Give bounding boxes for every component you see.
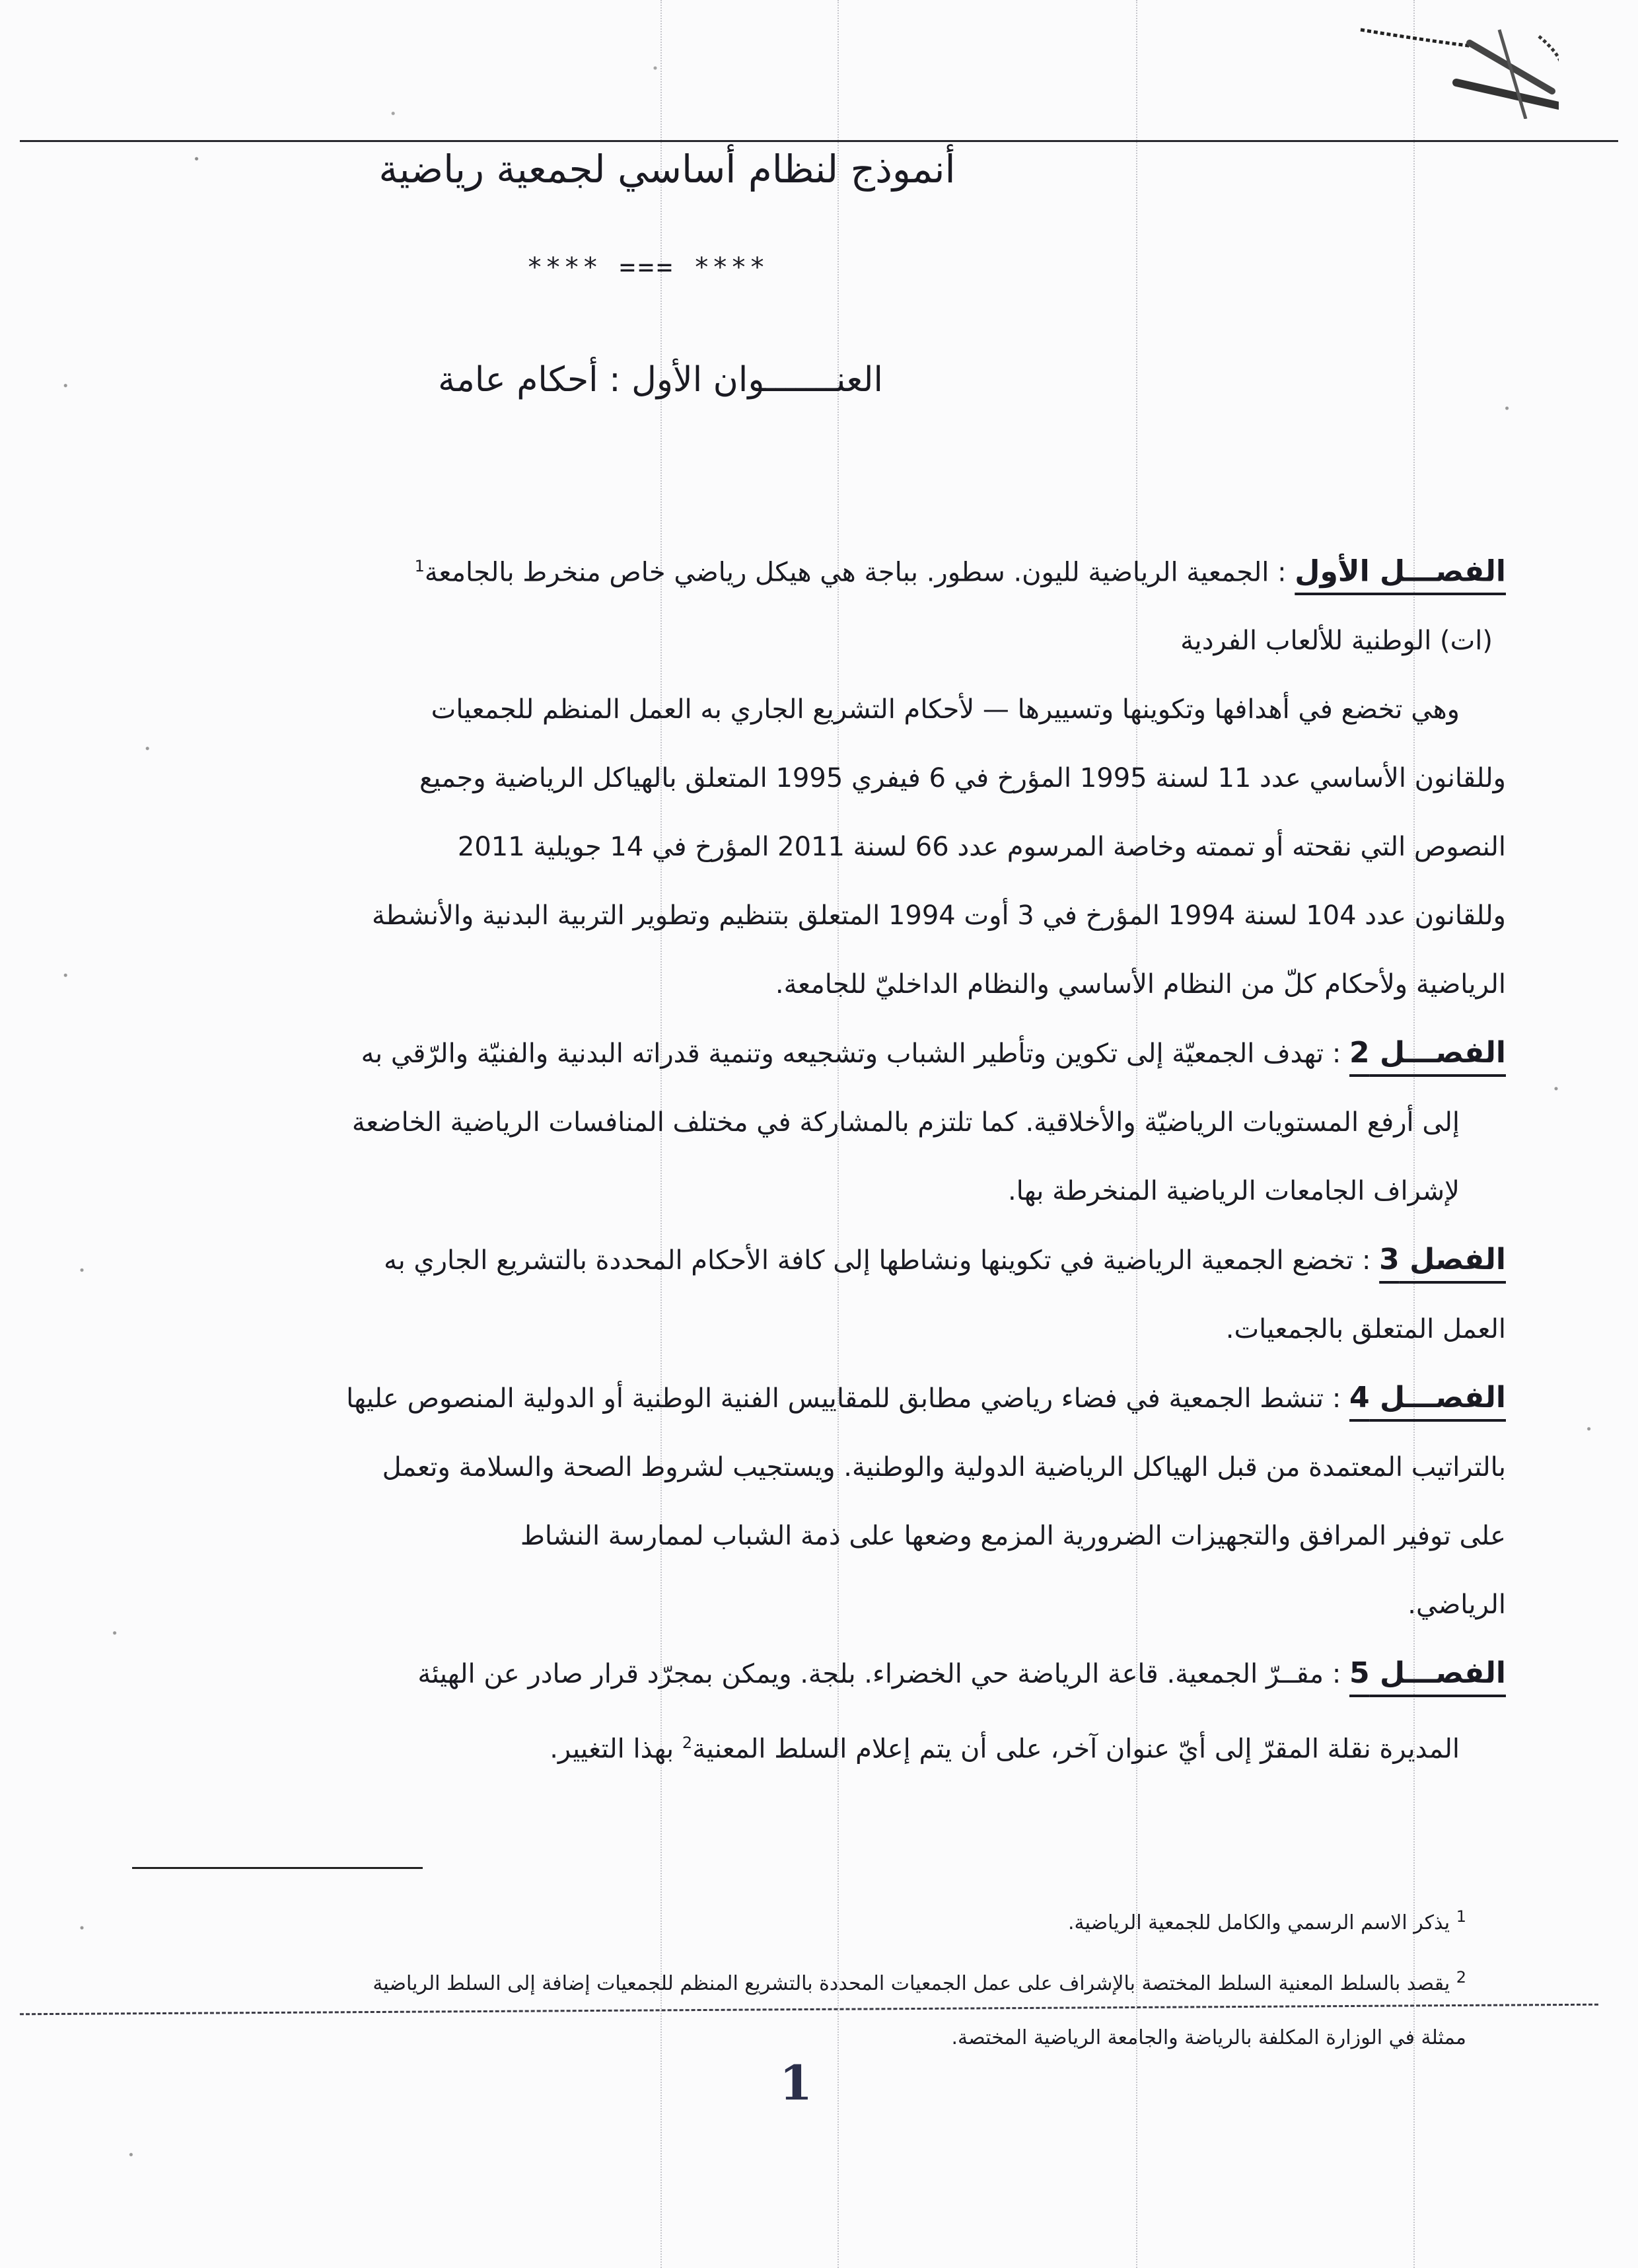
article-label: الفصل 3 — [1379, 1243, 1506, 1276]
article-label: الفصـــل الأول — [1295, 554, 1506, 588]
top-rule — [20, 140, 1618, 142]
footnote-ref: 1 — [415, 557, 425, 575]
footnote-separator — [132, 1867, 423, 1869]
footnote-1: 1 يذكر الاسم الرسمي والكامل للجمعية الري… — [145, 1889, 1466, 1950]
page-number: 1 — [779, 2055, 812, 2111]
article-label: الفصـــل 2 — [1349, 1036, 1506, 1070]
article-label: الفصـــل 4 — [1349, 1381, 1506, 1414]
article-1-continuation: الرياضية ولأحكام كلّ من النظام الأساسي و… — [145, 950, 1506, 1019]
section-heading: العنـــــــوان الأول : أحكام عامة — [145, 360, 1506, 400]
footnote-2: 2 يقصد بالسلط المعنية السلط المختصة بالإ… — [145, 1950, 1466, 2011]
article-2-line: لإشراف الجامعات الرياضية المنخرطة بها. — [145, 1157, 1506, 1225]
footnote-text: يقصد بالسلط المعنية السلط المختصة بالإشر… — [373, 1972, 1450, 1995]
article-3-line: العمل المتعلق بالجمعيات. — [145, 1295, 1506, 1364]
article-label: الفصـــل 5 — [1349, 1656, 1506, 1690]
article-4: الفصـــل 4 : تنشط الجمعية في فضاء رياضي … — [145, 1364, 1506, 1433]
title-separator: **** === **** — [145, 252, 1506, 283]
footnote-text: ممثلة في الوزارة المكلفة بالرياضة والجام… — [952, 2026, 1467, 2049]
article-4-line: بالتراتيب المعتمدة من قبل الهياكل الرياض… — [145, 1433, 1506, 1502]
footnote-marker: 1 — [1456, 1907, 1466, 1926]
document-title: أنموذج لنظام أساسي لجمعية رياضية — [145, 147, 1506, 192]
footnotes: 1 يذكر الاسم الرسمي والكامل للجمعية الري… — [145, 1889, 1466, 2065]
article-text: : تخضع الجمعية الرياضية في تكوينها ونشاط… — [384, 1245, 1371, 1276]
article-1-continuation: وللقانون عدد 104 لسنة 1994 المؤرخ في 3 أ… — [145, 881, 1506, 950]
article-1: الفصـــل الأول : الجمعية الرياضية لليون.… — [145, 532, 1506, 606]
article-text: : مقــرّ الجمعية. قاعة الرياضة حي الخضرا… — [417, 1659, 1341, 1689]
article-text: : تنشط الجمعية في فضاء رياضي مطابق للمقا… — [346, 1383, 1341, 1414]
footnote-ref: 2 — [682, 1734, 692, 1752]
article-1-line: (ات) الوطنية للألعاب الفردية — [145, 606, 1506, 675]
article-3: الفصل 3 : تخضع الجمعية الرياضية في تكوين… — [145, 1225, 1506, 1295]
scribble-mark-icon — [1341, 13, 1559, 119]
footnote-marker: 2 — [1456, 1968, 1466, 1987]
article-2-line: إلى أرفع المستويات الرياضيّة والأخلاقية.… — [145, 1088, 1506, 1157]
article-text: : الجمعية الرياضية لليون. سطور. بباجة هي… — [425, 557, 1287, 587]
article-2: الفصـــل 2 : تهدف الجمعيّة إلى تكوين وتأ… — [145, 1019, 1506, 1088]
articles: الفصـــل الأول : الجمعية الرياضية لليون.… — [145, 532, 1506, 1784]
article-1-continuation: النصوص التي نقحته أو تممته وخاصة المرسوم… — [145, 813, 1506, 881]
article-1-continuation: وللقانون الأساسي عدد 11 لسنة 1995 المؤرخ… — [145, 744, 1506, 813]
article-text: : تهدف الجمعيّة إلى تكوين وتأطير الشباب … — [361, 1039, 1341, 1069]
article-5-line: المديرة نقلة المقرّ إلى أيّ عنوان آخر، ع… — [145, 1708, 1506, 1783]
article-4-line: الرياضي. — [145, 1570, 1506, 1639]
article-5: الفصـــل 5 : مقــرّ الجمعية. قاعة الرياض… — [145, 1639, 1506, 1708]
article-1-continuation: وهي تخضع في أهدافها وتكوينها وتسييرها — … — [145, 675, 1506, 744]
article-4-line: على توفير المرافق والتجهيزات الضرورية ال… — [145, 1502, 1506, 1570]
footnote-text: يذكر الاسم الرسمي والكامل للجمعية الرياض… — [1068, 1911, 1450, 1934]
